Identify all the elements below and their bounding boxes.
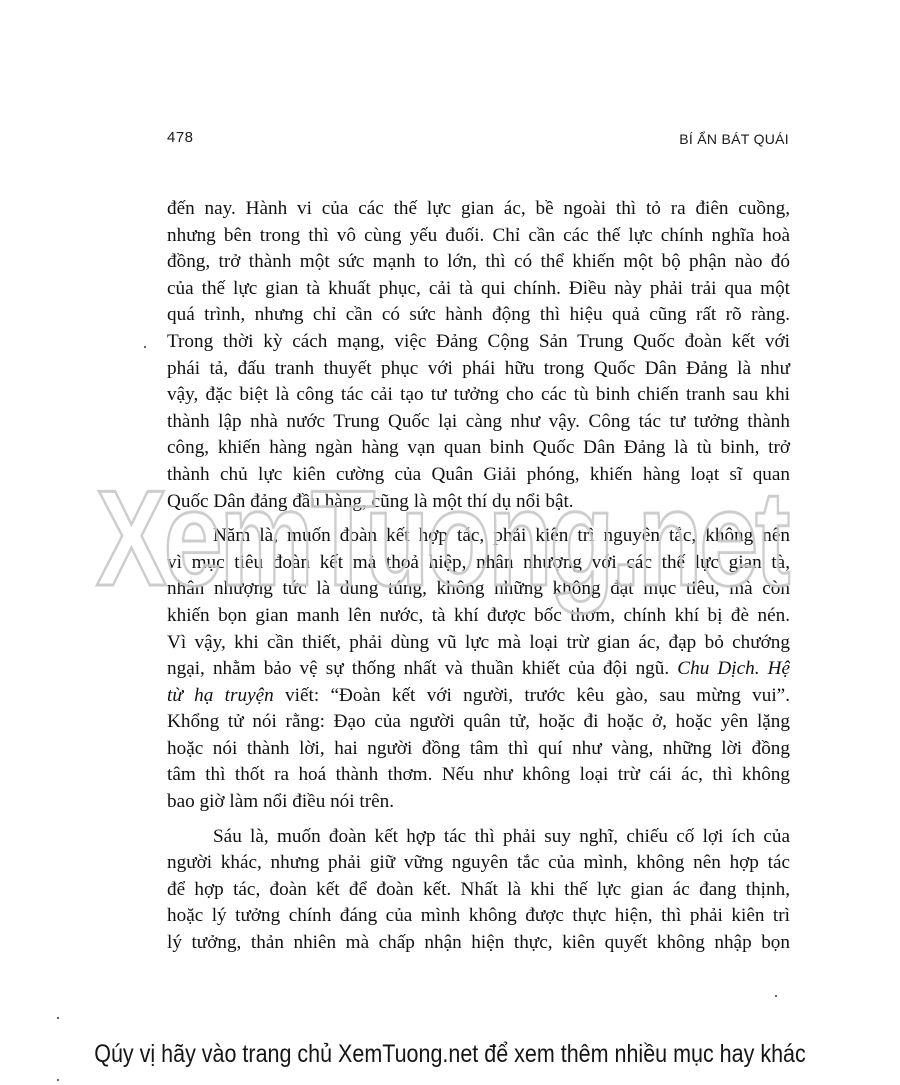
text-line: Năm là, muốn đoàn kết hợp tác, phải kiên… xyxy=(167,523,790,550)
scan-speck xyxy=(418,842,420,844)
text-line: Quốc Dân đảng đầu hàng, cũng là một thí … xyxy=(167,489,790,516)
text-line-with-citation: từ hạ truyện viết: “Đoàn kết với người, … xyxy=(167,683,790,710)
footer-promo-banner: Qúy vị hãy vào trang chủ XemTuong.net để… xyxy=(63,1040,837,1069)
text-line: Vì vậy, khi cần thiết, phải dùng vũ lực … xyxy=(167,630,790,657)
text-fragment: ngại, nhằm bảo vệ sự thống nhất và thuần… xyxy=(167,658,677,679)
running-header: 478 BÍ ẨN BÁT QUÁI xyxy=(167,127,789,149)
text-line: đồng, trở thành một sức mạnh to lớn, thì… xyxy=(167,249,790,276)
text-line: hoặc lý tưởng chính đáng của mình không … xyxy=(167,903,790,930)
citation-title: từ hạ truyện xyxy=(167,685,274,706)
text-line: tâm thì thốt ra hoá thành thơm. Nếu như … xyxy=(167,762,790,789)
text-line: của thế lực gian tà khuất phục, cải tà q… xyxy=(167,276,790,303)
text-fragment: viết: “Đoàn kết với người, trước kêu gào… xyxy=(274,685,790,706)
text-line: vậy, đặc biệt là công tác cải tạo tư tưở… xyxy=(167,382,790,409)
text-line: nhưng bên trong thì vô cùng yếu đuối. Ch… xyxy=(167,223,790,250)
text-line: vì mục tiêu đoàn kết mà thoả hiệp, nhân … xyxy=(167,550,790,577)
scan-speck xyxy=(57,1017,59,1019)
text-line: Trong thời kỳ cách mạng, việc Đảng Cộng … xyxy=(167,329,790,356)
text-line: Khổng tử nói rằng: Đạo của người quân tử… xyxy=(167,709,790,736)
paragraph-1: đến nay. Hành vi của các thế lực gian ác… xyxy=(167,196,790,515)
text-line: thành chủ lực kiên cường của Quân Giải p… xyxy=(167,462,790,489)
text-line: để hợp tác, đoàn kết để đoàn kết. Nhất l… xyxy=(167,877,790,904)
book-title: BÍ ẨN BÁT QUÁI xyxy=(679,131,789,147)
text-line-with-citation: ngại, nhằm bảo vệ sự thống nhất và thuần… xyxy=(167,656,790,683)
body-text: đến nay. Hành vi của các thế lực gian ác… xyxy=(167,196,790,957)
scan-speck xyxy=(144,346,146,348)
scanned-book-page: 478 BÍ ẨN BÁT QUÁI đến nay. Hành vi của … xyxy=(0,0,900,1085)
citation-title: Chu Dịch. Hệ xyxy=(677,658,790,679)
scan-speck xyxy=(57,1079,59,1081)
text-line: Sáu là, muốn đoàn kết hợp tác thì phải s… xyxy=(167,824,790,851)
scan-speck xyxy=(775,995,777,997)
text-line: hoặc nói thành lời, hai người đồng tâm t… xyxy=(167,736,790,763)
text-line: đến nay. Hành vi của các thế lực gian ác… xyxy=(167,196,790,223)
text-line: khiến bọn gian manh lên nước, tà khí đượ… xyxy=(167,603,790,630)
text-line: thành lập nhà nước Trung Quốc lại càng n… xyxy=(167,409,790,436)
page-number: 478 xyxy=(167,129,194,146)
text-line: bao giờ làm nổi điều nói trên. xyxy=(167,789,790,816)
paragraph-3: Sáu là, muốn đoàn kết hợp tác thì phải s… xyxy=(167,824,790,957)
paragraph-2: Năm là, muốn đoàn kết hợp tác, phải kiên… xyxy=(167,523,790,816)
text-line: công, khiến hàng ngàn hàng vạn quan binh… xyxy=(167,435,790,462)
text-line: phái tả, đấu tranh thuyết phục với phái … xyxy=(167,356,790,383)
text-line: người khác, nhưng phải giữ vững nguyên t… xyxy=(167,850,790,877)
text-line: nhân nhượng tức là dung túng, không nhữn… xyxy=(167,576,790,603)
text-line: quá trình, nhưng chỉ cần có sức hành độn… xyxy=(167,302,790,329)
text-line: lý tưởng, thản nhiên mà chấp nhận hiện t… xyxy=(167,930,790,957)
paragraph-gap xyxy=(167,515,790,523)
paragraph-gap xyxy=(167,816,790,824)
